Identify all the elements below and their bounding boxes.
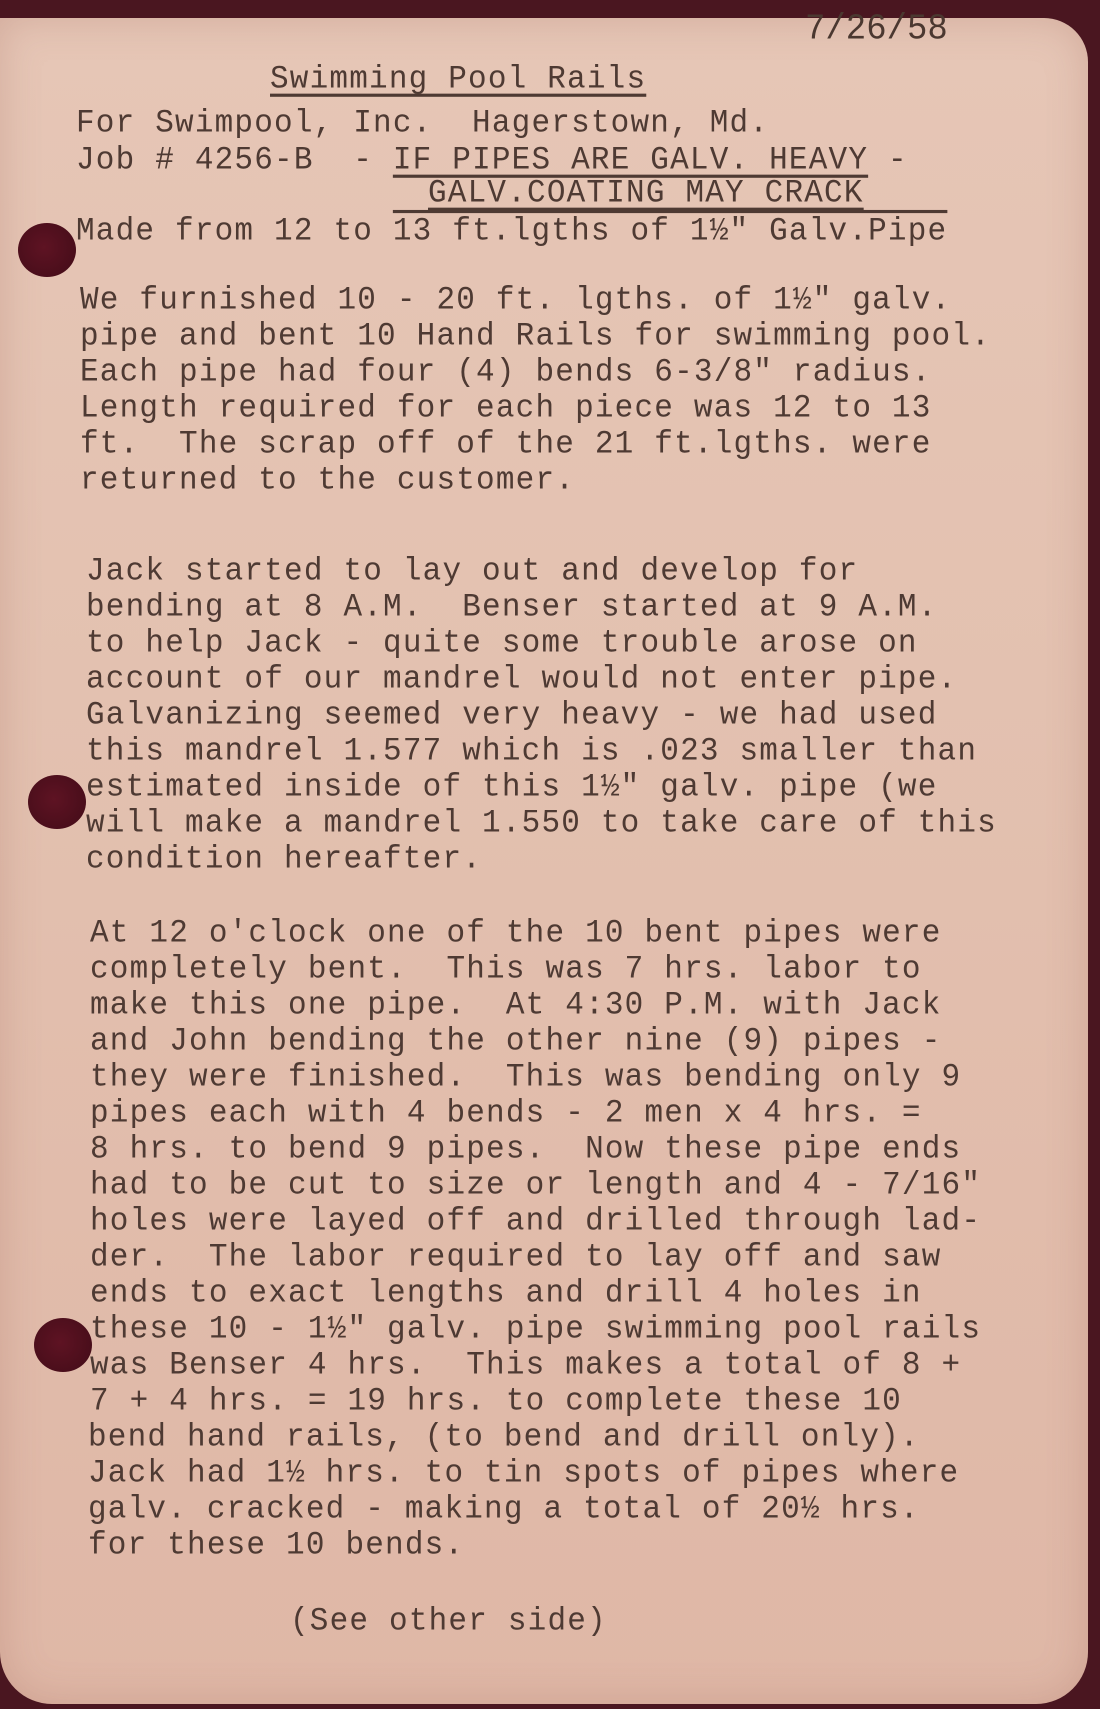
body-line: these 10 - 1½" galv. pipe swimming pool … (90, 1311, 981, 1349)
body-line: bending at 8 A.M. Benser started at 9 A.… (86, 589, 938, 627)
body-line: make this one pipe. At 4:30 P.M. with Ja… (90, 987, 942, 1025)
body-line: 7 + 4 hrs. = 19 hrs. to complete these 1… (90, 1383, 902, 1421)
body-line: pipe and bent 10 Hand Rails for swimming… (80, 318, 991, 356)
body-line: condition hereafter. (86, 841, 482, 879)
body-line: der. The labor required to lay off and s… (90, 1239, 942, 1277)
body-line: account of our mandrel would not enter p… (86, 661, 957, 699)
body-line: estimated inside of this 1½" galv. pipe … (86, 769, 938, 807)
body-line: will make a mandrel 1.550 to take care o… (86, 805, 997, 843)
body-line: completely bent. This was 7 hrs. labor t… (90, 951, 922, 989)
punch-hole-bottom (34, 1318, 92, 1372)
body-line: Galvanizing seemed very heavy - we had u… (86, 697, 938, 735)
body-line: Jack had 1½ hrs. to tin spots of pipes w… (88, 1455, 959, 1493)
body-line: returned to the customer. (80, 462, 575, 500)
made-from-line: Made from 12 to 13 ft.lgths of 1½" Galv.… (76, 213, 947, 251)
galv-warning-2: GALV.COATING MAY CRACK (428, 175, 864, 213)
body-line: We furnished 10 - 20 ft. lgths. of 1½" g… (80, 282, 951, 320)
punch-hole-middle (28, 775, 86, 829)
body-line: Length required for each piece was 12 to… (80, 390, 932, 428)
card-title: Swimming Pool Rails (270, 61, 646, 99)
body-line: galv. cracked - making a total of 20½ hr… (88, 1491, 920, 1529)
body-line: had to be cut to size or length and 4 - … (90, 1167, 981, 1205)
galv-warning-1: IF PIPES ARE GALV. HEAVY (393, 142, 868, 179)
card-date: 7/26/58 (805, 11, 948, 49)
punch-hole-top (18, 223, 76, 277)
body-line: this mandrel 1.577 which is .023 smaller… (86, 733, 977, 771)
body-line: and John bending the other nine (9) pipe… (90, 1023, 942, 1061)
body-line: they were finished. This was bending onl… (90, 1059, 961, 1097)
body-line: bend hand rails, (to bend and drill only… (88, 1419, 920, 1457)
body-line: for these 10 bends. (88, 1527, 464, 1565)
made-from-spec: 13 ft.lgths of 1½" Galv.Pipe (393, 213, 948, 250)
job-number: Job # 4256-B - (76, 142, 393, 179)
body-line: holes were layed off and drilled through… (90, 1203, 981, 1241)
see-other-side-note: (See other side) (290, 1603, 607, 1641)
made-from-prefix: Made from 12 to (76, 213, 393, 250)
body-line: Each pipe had four (4) bends 6-3/8" radi… (80, 354, 932, 392)
galv-warning-1-dash: - (868, 142, 908, 179)
customer-line: For Swimpool, Inc. Hagerstown, Md. (76, 105, 769, 143)
body-line: to help Jack - quite some trouble arose … (86, 625, 918, 663)
body-line: pipes each with 4 bends - 2 men x 4 hrs.… (90, 1095, 922, 1133)
body-line: 8 hrs. to bend 9 pipes. Now these pipe e… (90, 1131, 961, 1169)
body-line: Jack started to lay out and develop for (86, 553, 858, 591)
body-line: was Benser 4 hrs. This makes a total of … (90, 1347, 961, 1385)
body-line: ft. The scrap off of the 21 ft.lgths. we… (80, 426, 932, 464)
body-line: ends to exact lengths and drill 4 holes … (90, 1275, 922, 1313)
body-line: At 12 o'clock one of the 10 bent pipes w… (90, 915, 942, 953)
